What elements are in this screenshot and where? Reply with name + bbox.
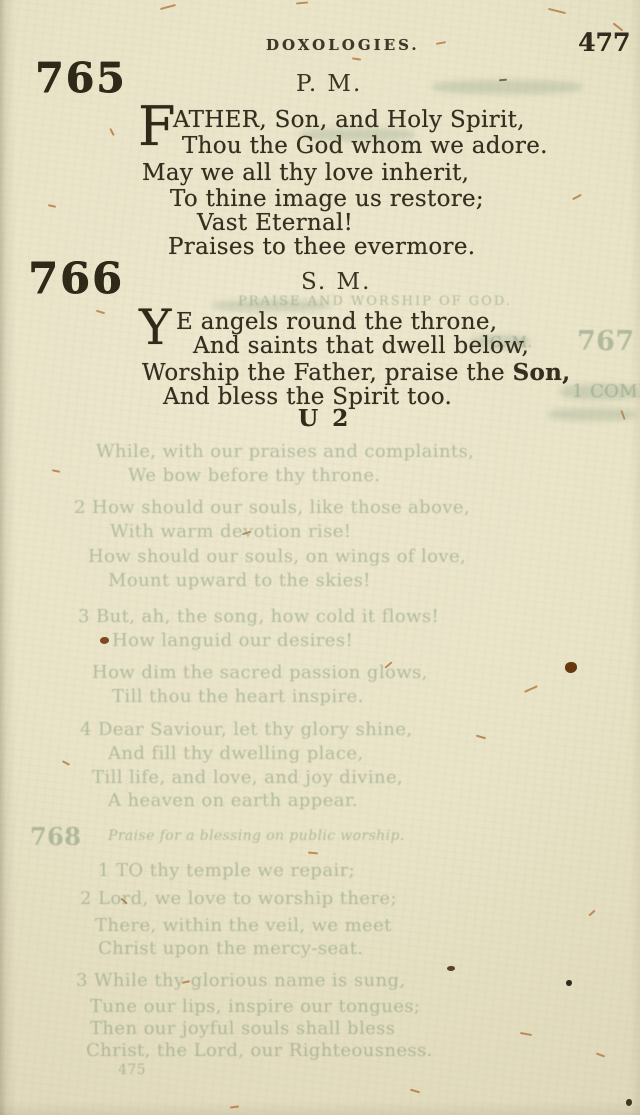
verse-line: Worship the Father, praise the Son, — [142, 359, 570, 386]
verse-line: E angels round the throne, — [176, 309, 497, 335]
verse-line: And saints that dwell below, — [193, 333, 529, 359]
hymnal-page-scan: PRAISE AND WORSHIP OF GOD.767C. M.1 COME… — [0, 0, 640, 1115]
signature-mark: U 2 — [298, 405, 351, 432]
hymn-766-verse: E angels round the throne,And saints tha… — [0, 0, 640, 1115]
